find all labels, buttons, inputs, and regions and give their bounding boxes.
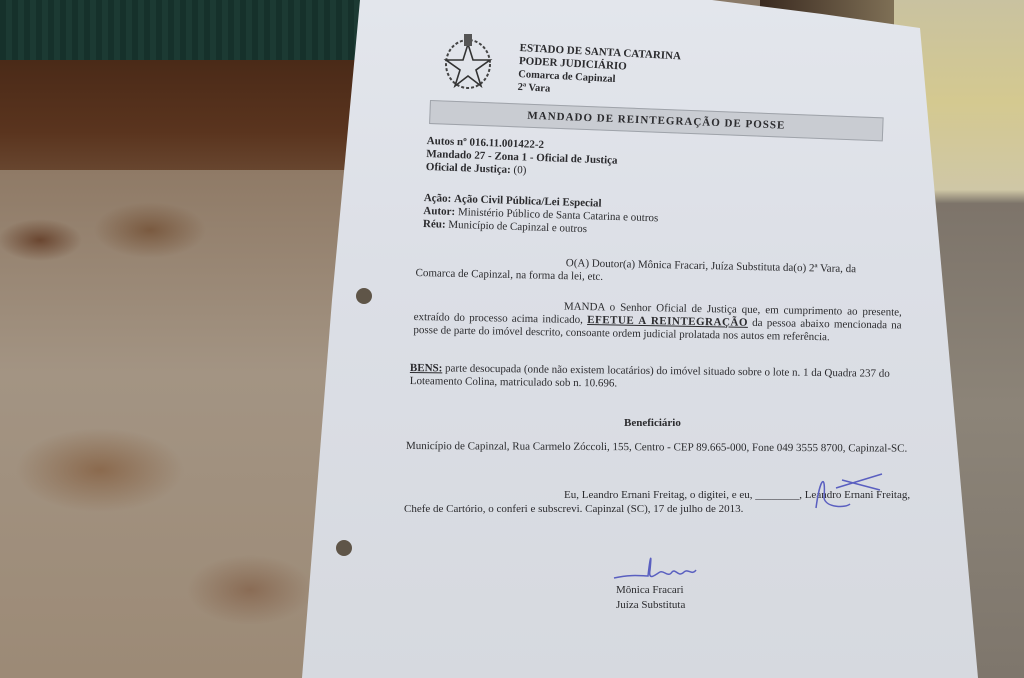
- bens-label: BENS:: [410, 362, 443, 374]
- coat-of-arms-icon: [440, 30, 496, 94]
- signature-chief-icon: [806, 468, 886, 514]
- paragraph-judge-text: O(A) Doutor(a) Mônica Fracari, Juíza Sub…: [415, 257, 856, 283]
- acao-label: Ação:: [424, 192, 452, 205]
- oficial-value: (0): [513, 164, 526, 176]
- dirty-floor: [0, 170, 360, 678]
- dark-floor: [0, 60, 360, 180]
- reu-label: Réu:: [423, 218, 446, 231]
- punch-hole: [336, 540, 352, 556]
- punch-hole: [356, 288, 372, 304]
- beneficiario-title: Beneficiário: [624, 417, 681, 429]
- oficial-label: Oficial de Justiça:: [426, 161, 511, 176]
- judge-role: Juíza Substituta: [616, 598, 685, 613]
- judge-signature-block: Mônica Fracari Juíza Substituta: [616, 583, 685, 613]
- bens-text: parte desocupada (onde não existem locat…: [410, 362, 890, 389]
- case-parties: Ação: Ação Civil Pública/Lei Especial Au…: [423, 192, 659, 238]
- green-wall: [0, 0, 360, 62]
- beneficiario-text: Município de Capinzal, Rua Carmelo Zócco…: [406, 440, 916, 456]
- case-metadata: Autos nº 016.11.001422-2 Mandado 27 - Zo…: [426, 135, 619, 181]
- document-header: ESTADO DE SANTA CATARINA PODER JUDICIÁRI…: [517, 42, 681, 102]
- autor-label: Autor:: [423, 205, 455, 218]
- signature-judge-icon: [612, 548, 702, 588]
- judge-name: Mônica Fracari: [616, 583, 685, 598]
